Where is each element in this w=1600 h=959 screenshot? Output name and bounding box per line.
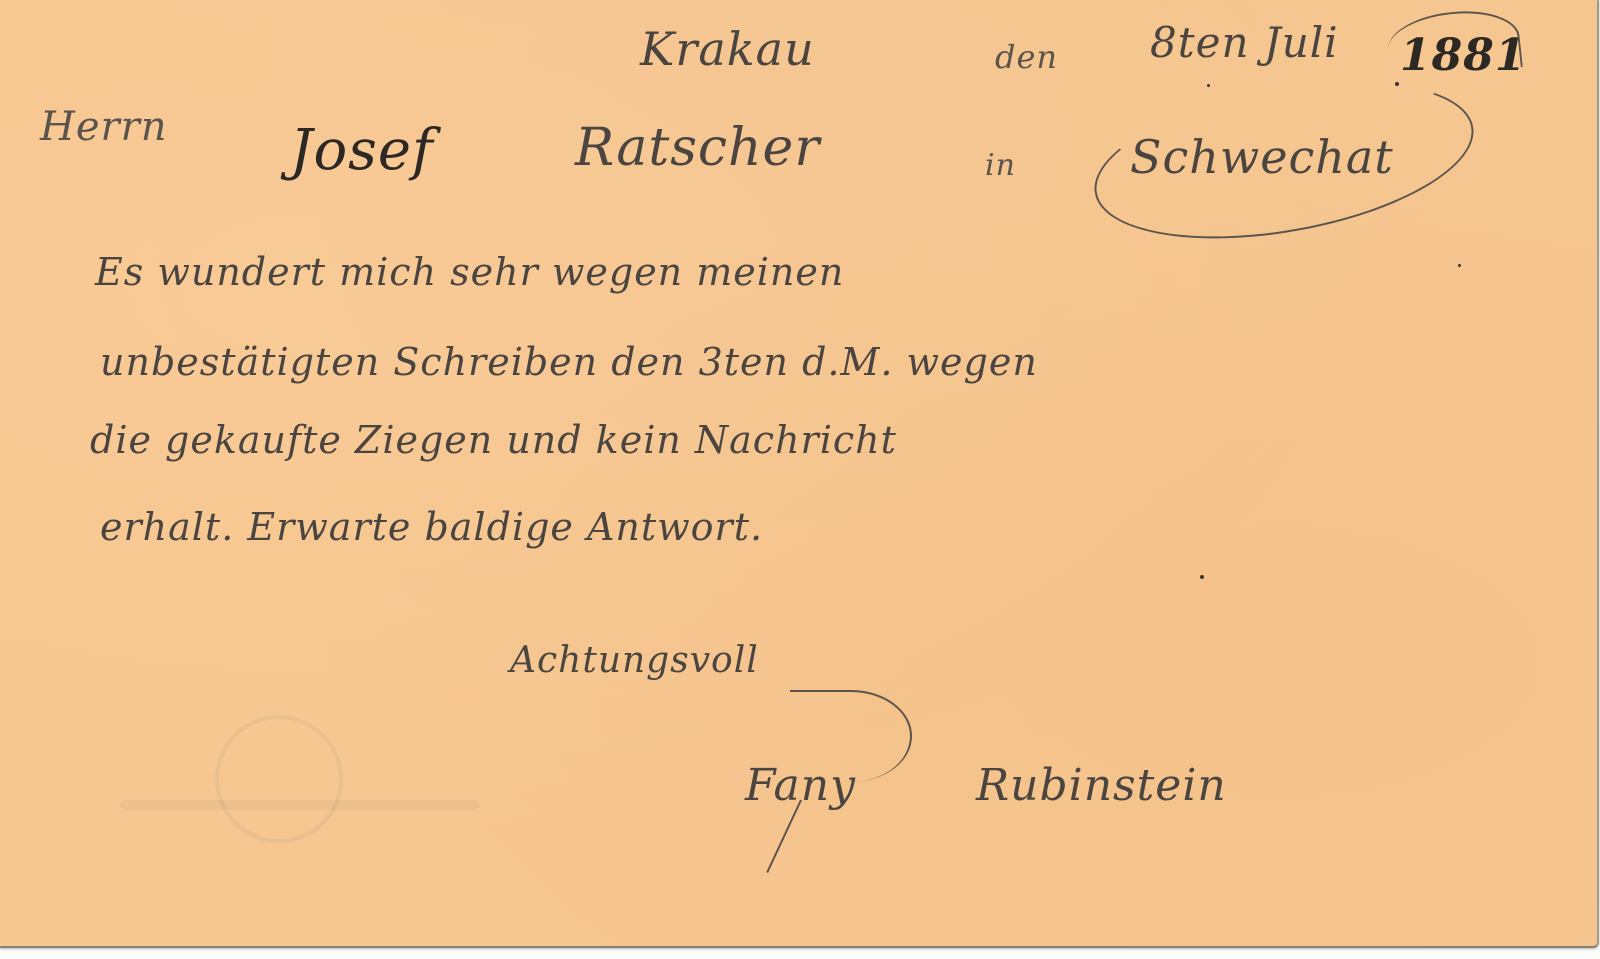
signature: Fany Rubinstein (745, 760, 1227, 811)
recipient-preposition: in (985, 148, 1016, 183)
header-den: den (995, 38, 1058, 76)
body-line-3: die gekaufte Ziegen und kein Nachricht (90, 418, 897, 462)
body-line-2: unbestätigten Schreiben den 3ten d.M. we… (100, 340, 1038, 384)
header-place: Krakau (640, 22, 815, 76)
ink-speck (1395, 82, 1399, 86)
ink-speck (1200, 575, 1204, 579)
signature-last-name: Rubinstein (976, 760, 1227, 811)
recipient-first-name: Josef (290, 118, 434, 183)
recipient-city: Schwechat (1130, 130, 1394, 184)
ink-speck (1207, 84, 1210, 87)
ink-speck (1458, 264, 1461, 267)
header-date: 8ten Juli (1150, 18, 1339, 67)
body-line-4: erhalt. Erwarte baldige Antwort. (100, 505, 763, 549)
header-year: 1881 (1400, 30, 1526, 81)
postcard: Krakau den 8ten Juli 1881 Herrn Josef Ra… (0, 0, 1599, 948)
body-line-1: Es wundert mich sehr wegen meinen (95, 250, 844, 294)
faint-postmark-ghost (215, 715, 343, 843)
faint-postmark-bar (120, 800, 480, 810)
salutation: Herrn (40, 104, 168, 150)
recipient-last-name: Ratscher (575, 118, 820, 178)
closing: Achtungsvoll (510, 640, 759, 681)
